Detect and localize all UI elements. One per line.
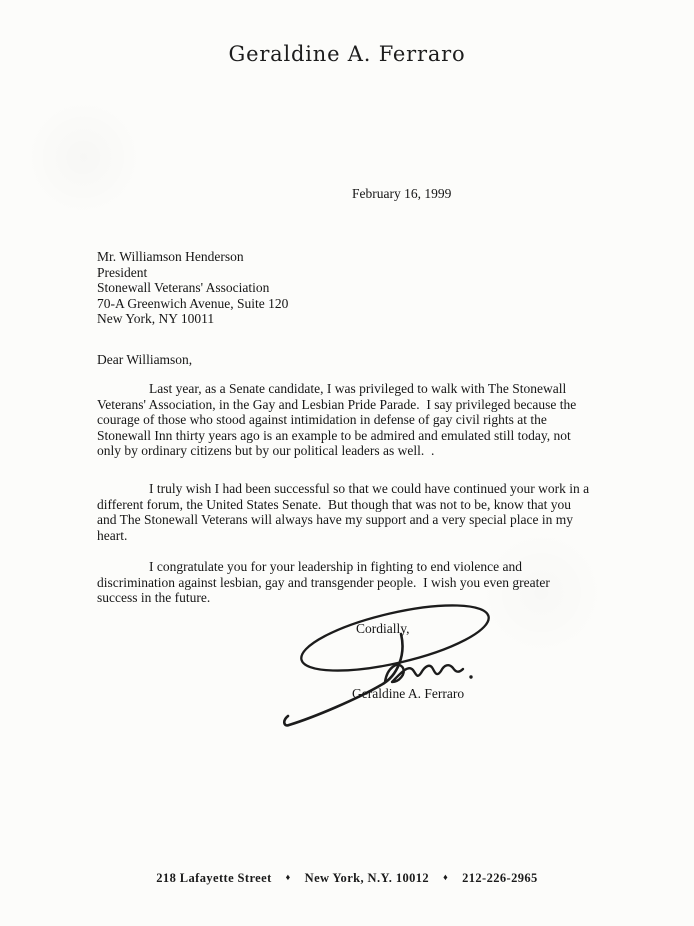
signature-typed-name: Geraldine A. Ferraro (352, 686, 464, 702)
recipient-address-block: Mr. Williamson Henderson President Stone… (97, 249, 288, 327)
recipient-city: New York, NY 10011 (97, 311, 288, 327)
salutation: Dear Williamson, (97, 352, 192, 368)
body-paragraph-3: I congratulate you for your leadership i… (97, 559, 629, 606)
letter-page: Geraldine A. Ferraro February 16, 1999 M… (0, 0, 694, 926)
recipient-organization: Stonewall Veterans' Association (97, 280, 288, 296)
diamond-separator-icon: ♦ (286, 872, 291, 882)
valediction: Cordially, (356, 621, 410, 637)
footer-street: 218 Lafayette Street (156, 871, 271, 885)
letterhead: Geraldine A. Ferraro (0, 42, 694, 66)
body-paragraph-1: Last year, as a Senate candidate, I was … (97, 381, 629, 459)
letter-date: February 16, 1999 (352, 186, 451, 202)
recipient-street: 70-A Greenwich Avenue, Suite 120 (97, 296, 288, 312)
signature-handwriting (275, 598, 510, 738)
recipient-name: Mr. Williamson Henderson (97, 249, 288, 265)
letterhead-name: Geraldine A. Ferraro (0, 42, 694, 66)
recipient-title: President (97, 265, 288, 281)
footer-phone: 212-226-2965 (462, 871, 538, 885)
footer-contact-line: 218 Lafayette Street♦New York, N.Y. 1001… (0, 871, 694, 886)
diamond-separator-icon: ♦ (443, 872, 448, 882)
footer-city: New York, N.Y. 10012 (305, 871, 429, 885)
body-paragraph-2: I truly wish I had been successful so th… (97, 481, 629, 543)
